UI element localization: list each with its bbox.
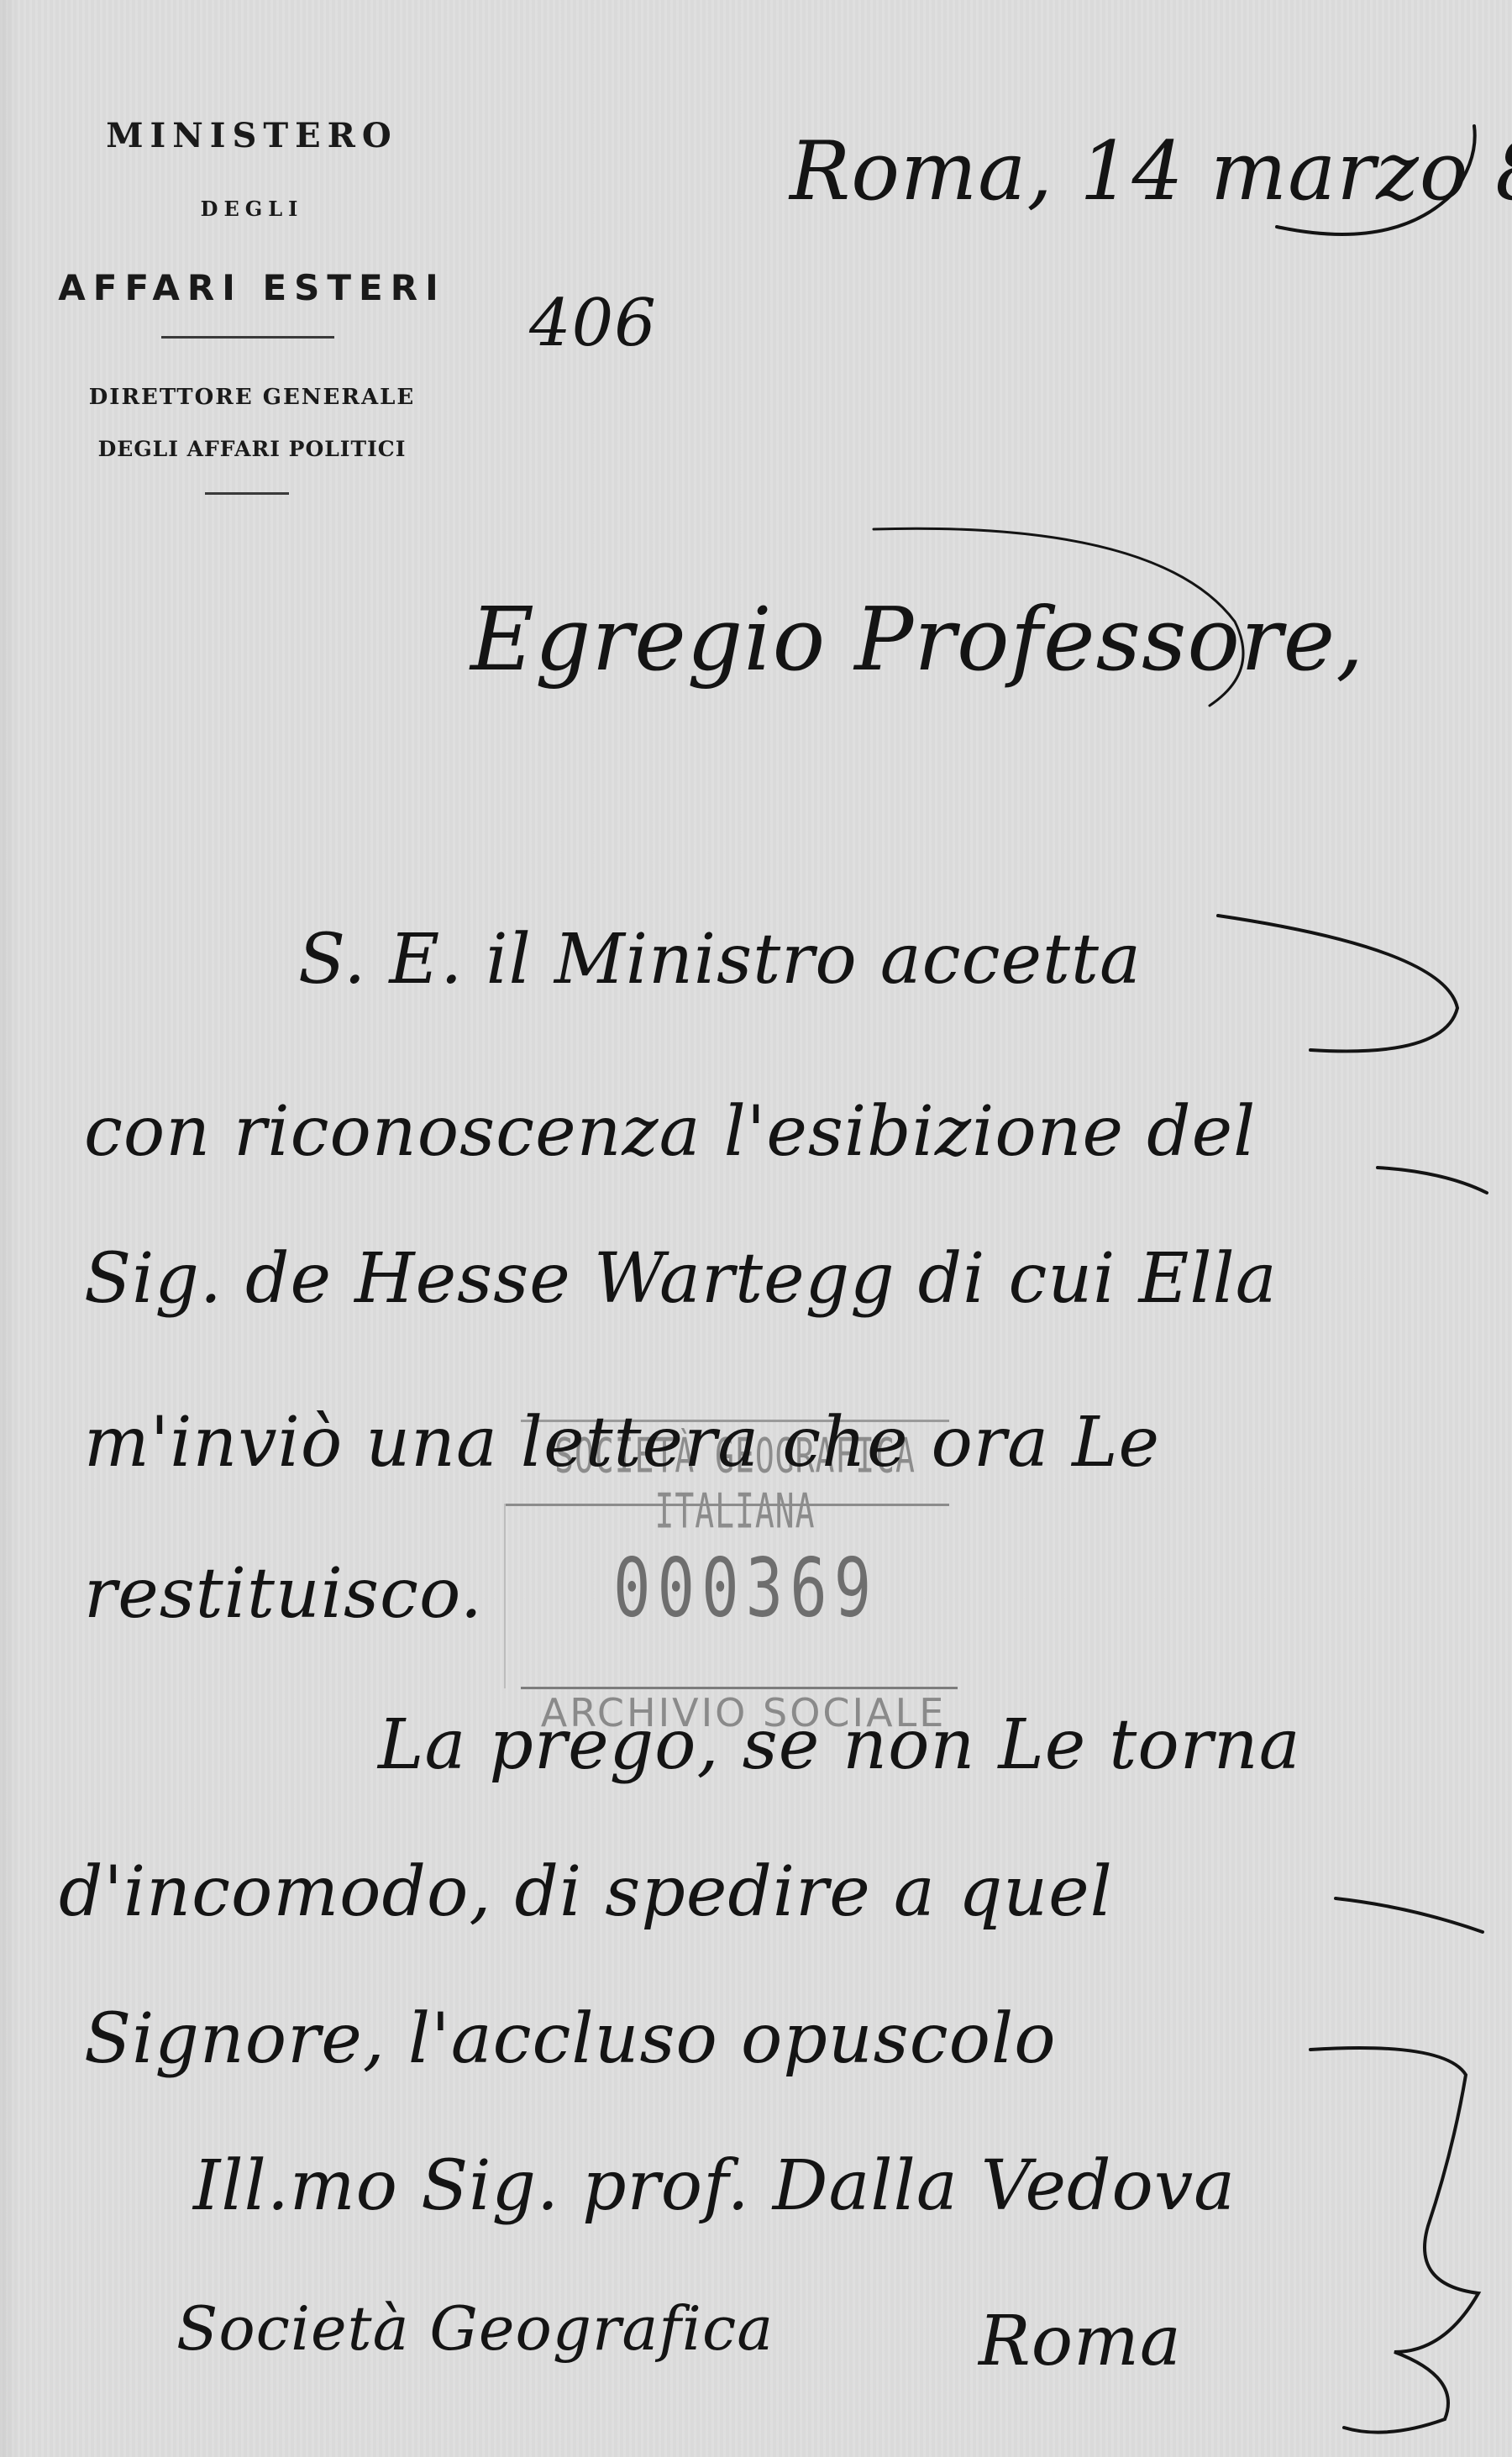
pen-flourish-strokes [0,0,1512,2457]
